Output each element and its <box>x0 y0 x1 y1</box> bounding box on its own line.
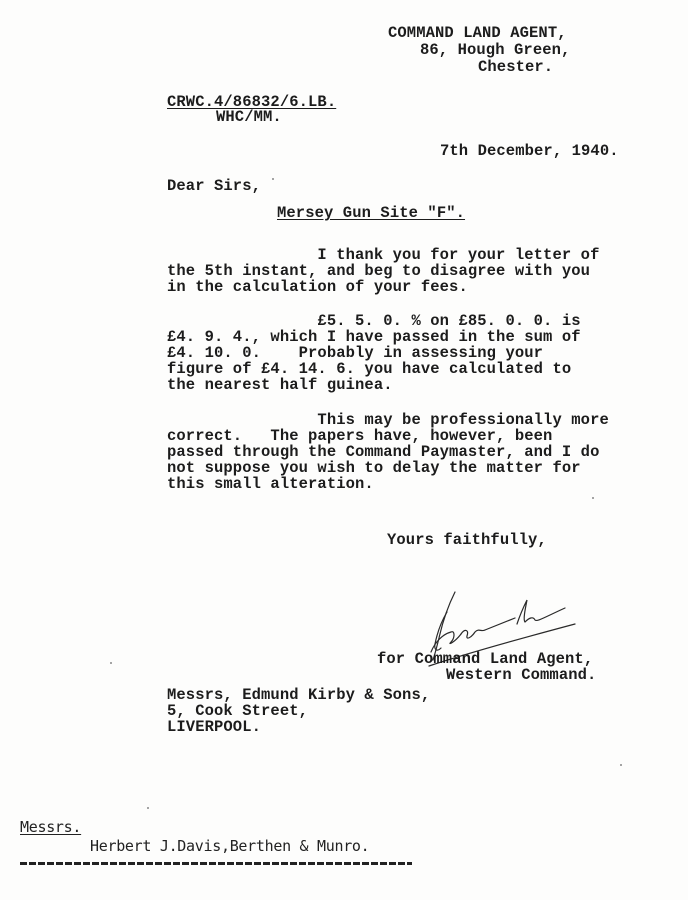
body-para2-line4: figure of £4. 14. 6. you have calculated… <box>167 361 571 377</box>
body-para1-line3: in the calculation of your fees. <box>167 279 468 295</box>
salutation: Dear Sirs, <box>167 178 261 194</box>
body-para3-line4: not suppose you wish to delay the matter… <box>167 460 581 476</box>
signature-line1: for Command Land Agent, <box>377 651 593 667</box>
body-para1-line2: the 5th instant, and beg to disagree wit… <box>167 263 590 279</box>
footer-heading: Messrs. <box>20 819 81 835</box>
scan-speck <box>592 497 594 499</box>
scan-speck <box>110 662 112 664</box>
signature-line2: Western Command. <box>446 667 596 683</box>
addressee-line1: Messrs, Edmund Kirby & Sons, <box>167 687 430 703</box>
letterhead-line2: 86, Hough Green, <box>420 42 570 58</box>
scan-speck <box>147 807 149 809</box>
letter-page: COMMAND LAND AGENT, 86, Hough Green, Che… <box>0 0 688 900</box>
body-para3-line2: correct. The papers have, however, been <box>167 428 552 444</box>
reference-initials: WHC/MM. <box>216 109 282 125</box>
body-para3-line5: this small alteration. <box>167 476 374 492</box>
body-para3-line3: passed through the Command Paymaster, an… <box>167 444 599 460</box>
body-para2-line5: the nearest half guinea. <box>167 377 393 393</box>
subject-line: Mersey Gun Site "F". <box>277 205 465 221</box>
body-para3-line1: This may be professionally more <box>167 412 609 428</box>
addressee-line3: LIVERPOOL. <box>167 719 261 735</box>
body-para1-line1: I thank you for your letter of <box>167 247 599 263</box>
body-para2-line3: £4. 10. 0. Probably in assessing your <box>167 345 543 361</box>
footer-name: Herbert J.Davis,Berthen & Munro. <box>90 838 369 854</box>
body-para2-line1: £5. 5. 0. % on £85. 0. 0. is <box>167 313 581 329</box>
scan-speck <box>272 178 274 180</box>
body-para2-line2: £4. 9. 4., which I have passed in the su… <box>167 329 581 345</box>
letterhead-line3: Chester. <box>478 59 553 75</box>
addressee-line2: 5, Cook Street, <box>167 703 308 719</box>
letter-date: 7th December, 1940. <box>440 143 619 159</box>
dashed-rule <box>20 862 412 865</box>
closing: Yours faithfully, <box>387 532 547 548</box>
letterhead-line1: COMMAND LAND AGENT, <box>388 25 567 41</box>
scan-speck <box>620 764 622 766</box>
